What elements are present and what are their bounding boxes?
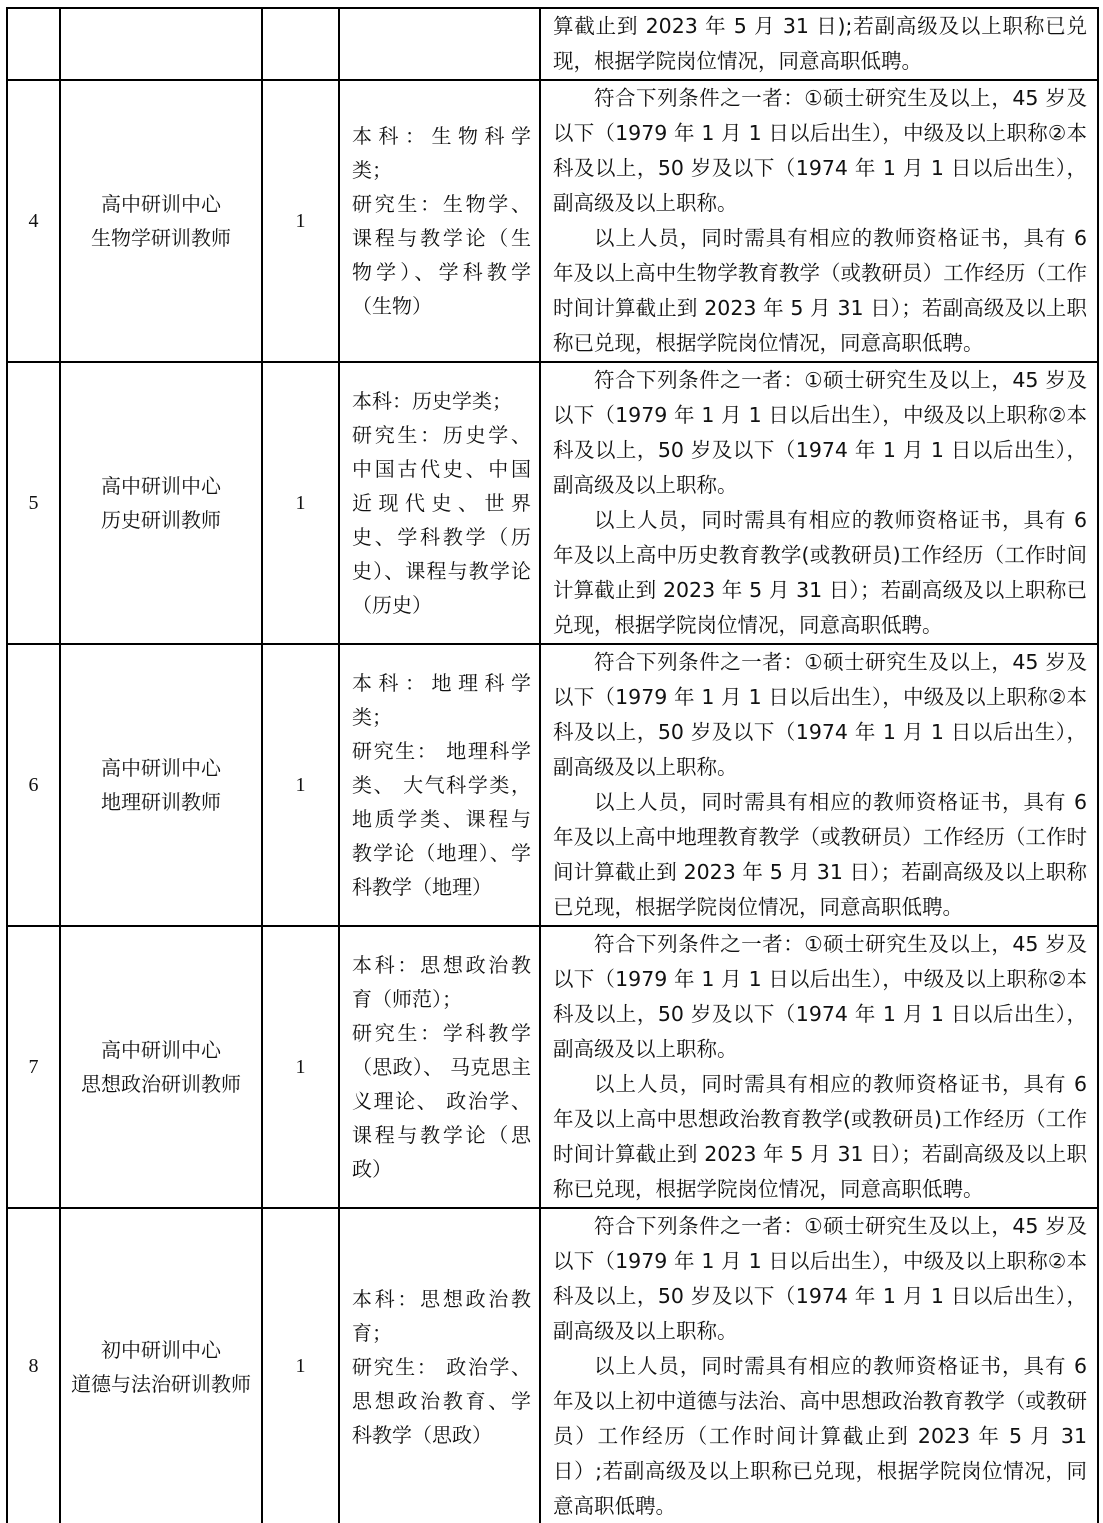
position-department: 初中研训中心 (61, 1333, 261, 1367)
headcount-cell: 1 (262, 1208, 339, 1523)
table-row: 6 高中研训中心 地理研训教师 1 本科：地理科学类； 研究生： 地理科学类、 … (7, 644, 1098, 926)
job-requirements-table: 算截止到 2023 年 5 月 31 日);若副高级及以上职称已兑现，根据学院岗… (6, 7, 1099, 1523)
major-graduate: 研究生：历史学、中国古代史、中国近现代史、世界史、学科教学（历史）、课程与教学论… (352, 418, 531, 622)
position-cell: 高中研训中心 思想政治研训教师 (60, 926, 262, 1208)
requirements-conditions: 符合下列条件之一者：①硕士研究生及以上，45 岁及以下（1979 年 1 月 1… (553, 927, 1087, 1067)
major-cell: 本科：历史学类； 研究生：历史学、中国古代史、中国近现代史、世界史、学科教学（历… (339, 362, 540, 644)
major-cell: 本科：生物科学类； 研究生：生物学、课程与教学论（生物学）、学科教学（生物） (339, 80, 540, 362)
position-title: 道德与法治研训教师 (61, 1367, 261, 1401)
row-number-cell: 8 (7, 1208, 60, 1523)
table-row: 5 高中研训中心 历史研训教师 1 本科：历史学类； 研究生：历史学、中国古代史… (7, 362, 1098, 644)
headcount-cell: 1 (262, 926, 339, 1208)
major-undergraduate: 本科：地理科学类； (352, 666, 531, 734)
major-graduate: 研究生： 政治学、思想政治教育、学科教学（思政） (352, 1350, 531, 1452)
position-department: 高中研训中心 (61, 751, 261, 785)
row-number-cell: 4 (7, 80, 60, 362)
major-cell: 本科：地理科学类； 研究生： 地理科学类、 大气科学类，地质学类、课程与教学论（… (339, 644, 540, 926)
requirements-experience: 以上人员，同时需具有相应的教师资格证书，具有 6 年及以上初中道德与法治、高中思… (553, 1349, 1087, 1523)
requirements-conditions: 符合下列条件之一者：①硕士研究生及以上，45 岁及以下（1979 年 1 月 1… (553, 1209, 1087, 1349)
requirements-cell: 算截止到 2023 年 5 月 31 日);若副高级及以上职称已兑现，根据学院岗… (540, 8, 1098, 80)
position-cell: 高中研训中心 历史研训教师 (60, 362, 262, 644)
position-title: 地理研训教师 (61, 785, 261, 819)
requirements-continuation: 算截止到 2023 年 5 月 31 日);若副高级及以上职称已兑现，根据学院岗… (553, 9, 1087, 79)
table-row-continuation: 算截止到 2023 年 5 月 31 日);若副高级及以上职称已兑现，根据学院岗… (7, 8, 1098, 80)
position-title: 思想政治研训教师 (61, 1067, 261, 1101)
position-cell (60, 8, 262, 80)
position-department: 高中研训中心 (61, 187, 261, 221)
row-number-cell (7, 8, 60, 80)
major-undergraduate: 本科：生物科学类； (352, 119, 531, 187)
position-title: 历史研训教师 (61, 503, 261, 537)
major-cell: 本科：思想政治教育（师范）； 研究生：学科教学（思政）、 马克思主义理论、 政治… (339, 926, 540, 1208)
requirements-cell: 符合下列条件之一者：①硕士研究生及以上，45 岁及以下（1979 年 1 月 1… (540, 362, 1098, 644)
position-cell: 高中研训中心 生物学研训教师 (60, 80, 262, 362)
requirements-cell: 符合下列条件之一者：①硕士研究生及以上，45 岁及以下（1979 年 1 月 1… (540, 80, 1098, 362)
row-number-cell: 5 (7, 362, 60, 644)
major-undergraduate: 本科：历史学类； (352, 384, 531, 418)
requirements-cell: 符合下列条件之一者：①硕士研究生及以上，45 岁及以下（1979 年 1 月 1… (540, 644, 1098, 926)
major-graduate: 研究生：生物学、课程与教学论（生物学）、学科教学（生物） (352, 187, 531, 323)
requirements-experience: 以上人员，同时需具有相应的教师资格证书，具有 6 年及以上高中历史教育教学(或教… (553, 503, 1087, 643)
headcount-cell: 1 (262, 362, 339, 644)
table-row: 4 高中研训中心 生物学研训教师 1 本科：生物科学类； 研究生：生物学、课程与… (7, 80, 1098, 362)
headcount-cell: 1 (262, 644, 339, 926)
major-undergraduate: 本科：思想政治教育（师范）； (352, 948, 531, 1016)
requirements-experience: 以上人员，同时需具有相应的教师资格证书，具有 6 年及以上高中生物学教育教学（或… (553, 221, 1087, 361)
requirements-cell: 符合下列条件之一者：①硕士研究生及以上，45 岁及以下（1979 年 1 月 1… (540, 926, 1098, 1208)
major-cell: 本科：思想政治教育； 研究生： 政治学、思想政治教育、学科教学（思政） (339, 1208, 540, 1523)
position-cell: 初中研训中心 道德与法治研训教师 (60, 1208, 262, 1523)
table-row: 7 高中研训中心 思想政治研训教师 1 本科：思想政治教育（师范）； 研究生：学… (7, 926, 1098, 1208)
headcount-cell: 1 (262, 80, 339, 362)
position-department: 高中研训中心 (61, 1033, 261, 1067)
row-number-cell: 7 (7, 926, 60, 1208)
requirements-conditions: 符合下列条件之一者：①硕士研究生及以上，45 岁及以下（1979 年 1 月 1… (553, 363, 1087, 503)
position-department: 高中研训中心 (61, 469, 261, 503)
position-cell: 高中研训中心 地理研训教师 (60, 644, 262, 926)
table-row: 8 初中研训中心 道德与法治研训教师 1 本科：思想政治教育； 研究生： 政治学… (7, 1208, 1098, 1523)
major-undergraduate: 本科：思想政治教育； (352, 1282, 531, 1350)
major-graduate: 研究生：学科教学（思政）、 马克思主义理论、 政治学、课程与教学论（思政） (352, 1016, 531, 1186)
requirements-conditions: 符合下列条件之一者：①硕士研究生及以上，45 岁及以下（1979 年 1 月 1… (553, 81, 1087, 221)
requirements-experience: 以上人员，同时需具有相应的教师资格证书，具有 6 年及以上高中思想政治教育教学(… (553, 1067, 1087, 1207)
major-cell (339, 8, 540, 80)
requirements-conditions: 符合下列条件之一者：①硕士研究生及以上，45 岁及以下（1979 年 1 月 1… (553, 645, 1087, 785)
position-title: 生物学研训教师 (61, 221, 261, 255)
requirements-experience: 以上人员，同时需具有相应的教师资格证书，具有 6 年及以上高中地理教育教学（或教… (553, 785, 1087, 925)
requirements-cell: 符合下列条件之一者：①硕士研究生及以上，45 岁及以下（1979 年 1 月 1… (540, 1208, 1098, 1523)
major-graduate: 研究生： 地理科学类、 大气科学类，地质学类、课程与教学论（地理）、学科教学（地… (352, 734, 531, 904)
headcount-cell (262, 8, 339, 80)
row-number-cell: 6 (7, 644, 60, 926)
